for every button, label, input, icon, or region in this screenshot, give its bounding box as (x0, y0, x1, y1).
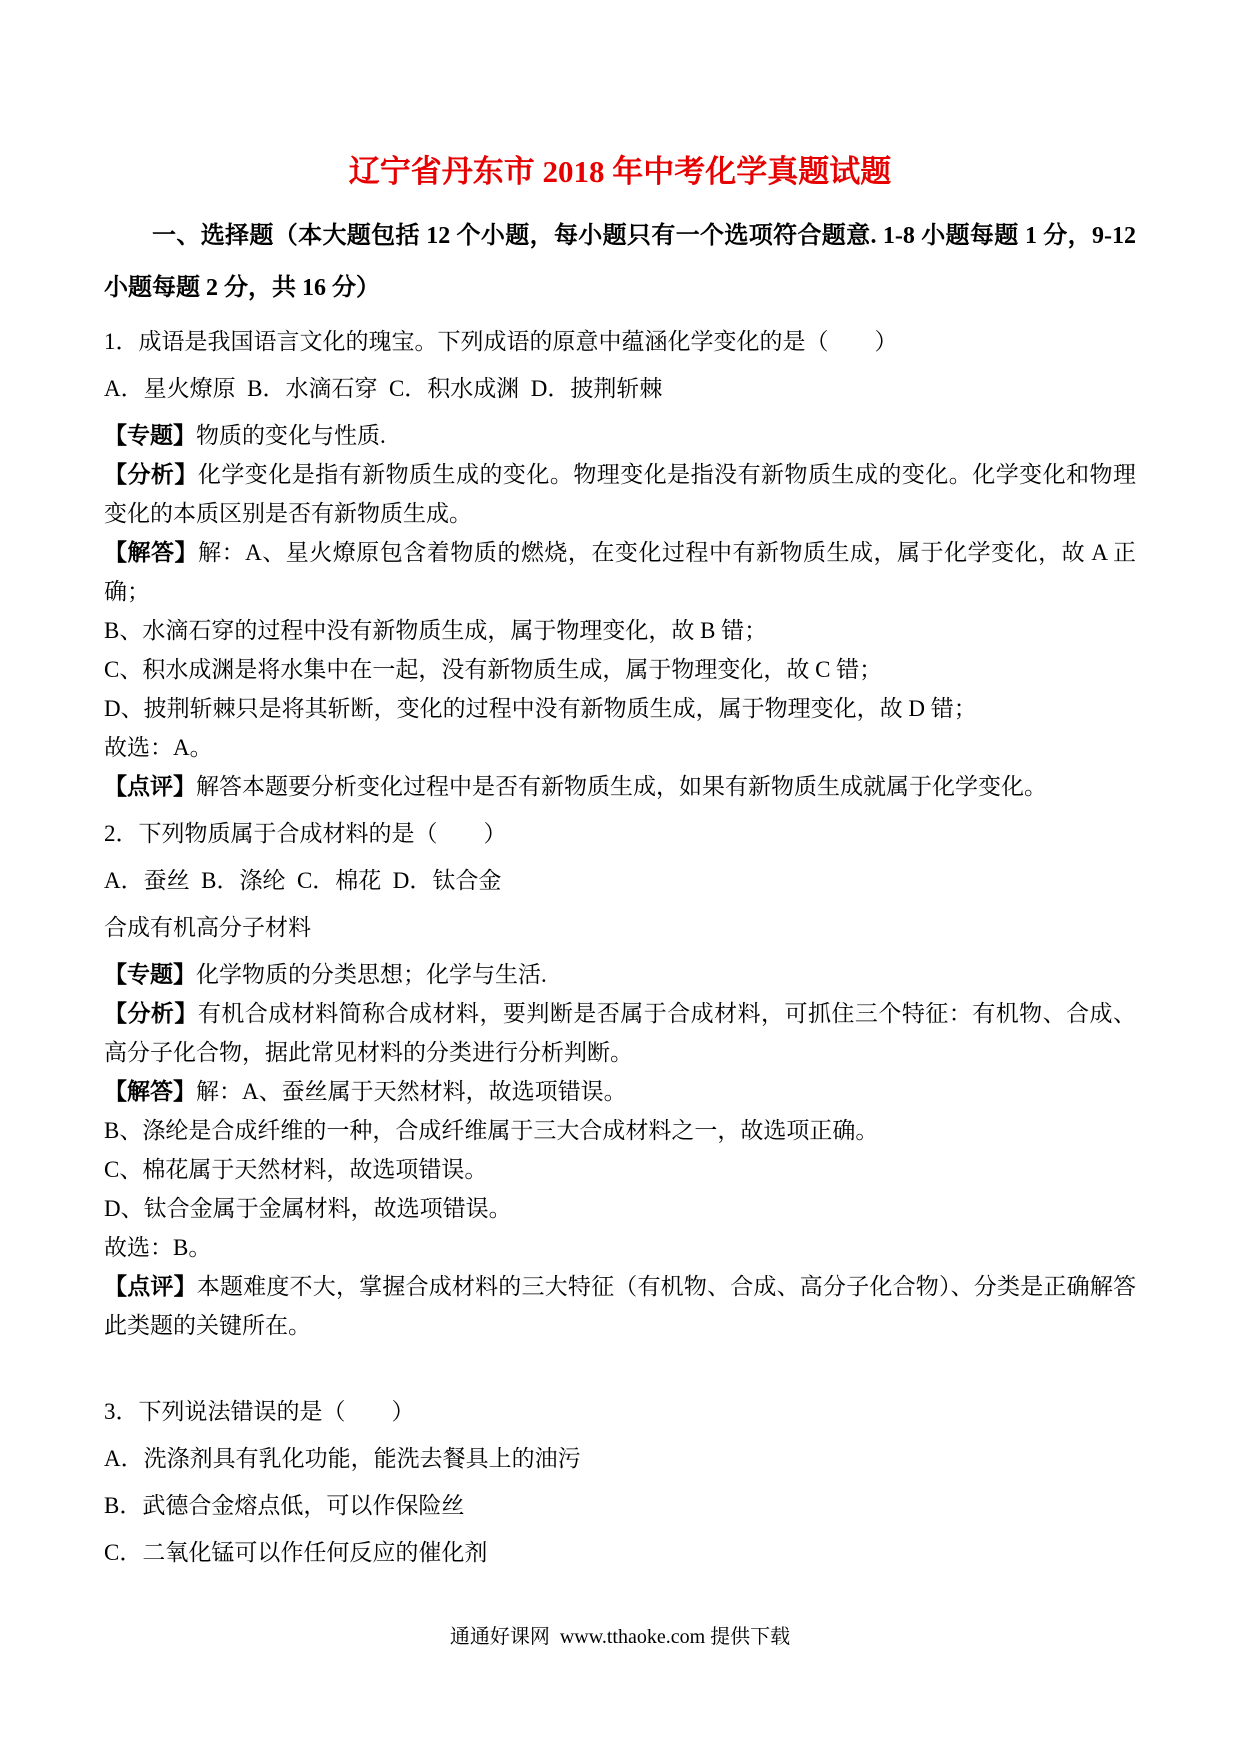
paragraph-text: 有机合成材料简称合成材料，要判断是否属于合成材料，可抓住三个特征：有机物、合成、… (104, 1001, 1136, 1065)
paragraph-label: 【分析】 (104, 1001, 198, 1026)
paragraph-text: B．武德合金熔点低，可以作保险丝 (104, 1493, 464, 1518)
paragraph-text: B、水滴石穿的过程中没有新物质生成，属于物理变化，故 B 错； (104, 618, 767, 643)
paragraph-text: D、钛合金属于金属材料，故选项错误。 (104, 1196, 512, 1221)
paragraph-text: 1．成语是我国语言文化的瑰宝。下列成语的原意中蕴涵化学变化的是（ ） (104, 329, 898, 354)
paragraph-text: 解：A、星火燎原包含着物质的燃烧，在变化过程中有新物质生成，属于化学变化，故 A… (104, 540, 1136, 604)
question-2-stem: 2．下列物质属于合成材料的是（ ） (104, 814, 1136, 853)
paragraph-text: 合成有机高分子材料 (104, 915, 311, 940)
question-2-conclusion: 故选：B。 (104, 1228, 1136, 1267)
paragraph-label: 【解答】 (104, 1079, 196, 1104)
section-heading: 一、选择题（本大题包括 12 个小题，每小题只有一个选项符合题意. 1-8 小题… (104, 210, 1136, 314)
paragraph-label: 【专题】 (104, 423, 196, 448)
document-title: 辽宁省丹东市 2018 年中考化学真题试题 (0, 0, 1240, 192)
question-1-conclusion: 故选：A。 (104, 728, 1136, 767)
paragraph-text: 故选：A。 (104, 735, 213, 760)
paragraph-text: B、涤纶是合成纤维的一种，合成纤维属于三大合成材料之一，故选项正确。 (104, 1118, 878, 1143)
paragraph-text: C、积水成渊是将水集中在一起，没有新物质生成，属于物理变化，故 C 错； (104, 657, 882, 682)
question-1-options: A．星火燎原 B．水滴石穿 C．积水成渊 D．披荆斩棘 (104, 369, 1136, 408)
paragraph-text: A．星火燎原 B．水滴石穿 C．积水成渊 D．披荆斩棘 (104, 376, 662, 401)
paragraph-label: 【分析】 (104, 462, 198, 487)
page-footer: 通通好课网 www.tthaoke.com 提供下载 (0, 1622, 1240, 1652)
paragraph-text: 故选：B。 (104, 1235, 211, 1260)
paragraph-text: 化学变化是指有新物质生成的变化。物理变化是指没有新物质生成的变化。化学变化和物理… (104, 462, 1136, 526)
question-1-topic: 【专题】物质的变化与性质. (104, 416, 1136, 455)
paragraph-label: 【点评】 (104, 1274, 197, 1299)
paragraph-text: 解答本题要分析变化过程中是否有新物质生成，如果有新物质生成就属于化学变化。 (196, 774, 1047, 799)
paragraph-text: C．二氧化锰可以作任何反应的催化剂 (104, 1540, 487, 1565)
paragraph-text: 本题难度不大，掌握合成材料的三大特征（有机物、合成、高分子化合物）、分类是正确解… (104, 1274, 1136, 1338)
question-1-analysis: 【分析】化学变化是指有新物质生成的变化。物理变化是指没有新物质生成的变化。化学变… (104, 455, 1136, 533)
question-1-answer-b: B、水滴石穿的过程中没有新物质生成，属于物理变化，故 B 错； (104, 611, 1136, 650)
paragraph-text: A．洗涤剂具有乳化功能，能洗去餐具上的油污 (104, 1446, 581, 1471)
paragraph-label: 【专题】 (104, 962, 196, 987)
paragraph-text: A．蚕丝 B．涤纶 C．棉花 D．钛合金 (104, 868, 501, 893)
paragraph-text: 3．下列说法错误的是（ ） (104, 1399, 415, 1424)
question-2-analysis: 【分析】有机合成材料简称合成材料，要判断是否属于合成材料，可抓住三个特征：有机物… (104, 994, 1136, 1072)
blank-line (104, 1345, 1136, 1384)
question-2-topic: 【专题】化学物质的分类思想；化学与生活. (104, 955, 1136, 994)
document-body: 1．成语是我国语言文化的瑰宝。下列成语的原意中蕴涵化学变化的是（ ） A．星火燎… (104, 322, 1136, 1572)
question-1-answer: 【解答】解：A、星火燎原包含着物质的燃烧，在变化过程中有新物质生成，属于化学变化… (104, 533, 1136, 611)
question-2-answer: 【解答】解：A、蚕丝属于天然材料，故选项错误。 (104, 1072, 1136, 1111)
question-1-answer-c: C、积水成渊是将水集中在一起，没有新物质生成，属于物理变化，故 C 错； (104, 650, 1136, 689)
question-3-option-a: A．洗涤剂具有乳化功能，能洗去餐具上的油污 (104, 1439, 1136, 1478)
question-3-stem: 3．下列说法错误的是（ ） (104, 1392, 1136, 1431)
question-2-comment: 【点评】本题难度不大，掌握合成材料的三大特征（有机物、合成、高分子化合物）、分类… (104, 1267, 1136, 1345)
question-1-answer-d: D、披荆斩棘只是将其斩断，变化的过程中没有新物质生成，属于物理变化，故 D 错； (104, 689, 1136, 728)
question-2-options: A．蚕丝 B．涤纶 C．棉花 D．钛合金 (104, 861, 1136, 900)
question-2-answer-b: B、涤纶是合成纤维的一种，合成纤维属于三大合成材料之一，故选项正确。 (104, 1111, 1136, 1150)
question-2-answer-d: D、钛合金属于金属材料，故选项错误。 (104, 1189, 1136, 1228)
paragraph-label: 【解答】 (104, 540, 198, 565)
paragraph-text: 化学物质的分类思想；化学与生活. (196, 962, 547, 987)
paragraph-label: 【点评】 (104, 774, 196, 799)
question-1-comment: 【点评】解答本题要分析变化过程中是否有新物质生成，如果有新物质生成就属于化学变化… (104, 767, 1136, 806)
question-2-note: 合成有机高分子材料 (104, 908, 1136, 947)
question-3-option-b: B．武德合金熔点低，可以作保险丝 (104, 1486, 1136, 1525)
document-page: 辽宁省丹东市 2018 年中考化学真题试题 一、选择题（本大题包括 12 个小题… (0, 0, 1240, 1754)
paragraph-text: D、披荆斩棘只是将其斩断，变化的过程中没有新物质生成，属于物理变化，故 D 错； (104, 696, 977, 721)
question-2-answer-c: C、棉花属于天然材料，故选项错误。 (104, 1150, 1136, 1189)
paragraph-text: 2．下列物质属于合成材料的是（ ） (104, 821, 507, 846)
paragraph-text: C、棉花属于天然材料，故选项错误。 (104, 1157, 487, 1182)
question-1-stem: 1．成语是我国语言文化的瑰宝。下列成语的原意中蕴涵化学变化的是（ ） (104, 322, 1136, 361)
paragraph-text: 物质的变化与性质. (196, 423, 386, 448)
question-3-option-c: C．二氧化锰可以作任何反应的催化剂 (104, 1533, 1136, 1572)
paragraph-text: 解：A、蚕丝属于天然材料，故选项错误。 (196, 1079, 627, 1104)
